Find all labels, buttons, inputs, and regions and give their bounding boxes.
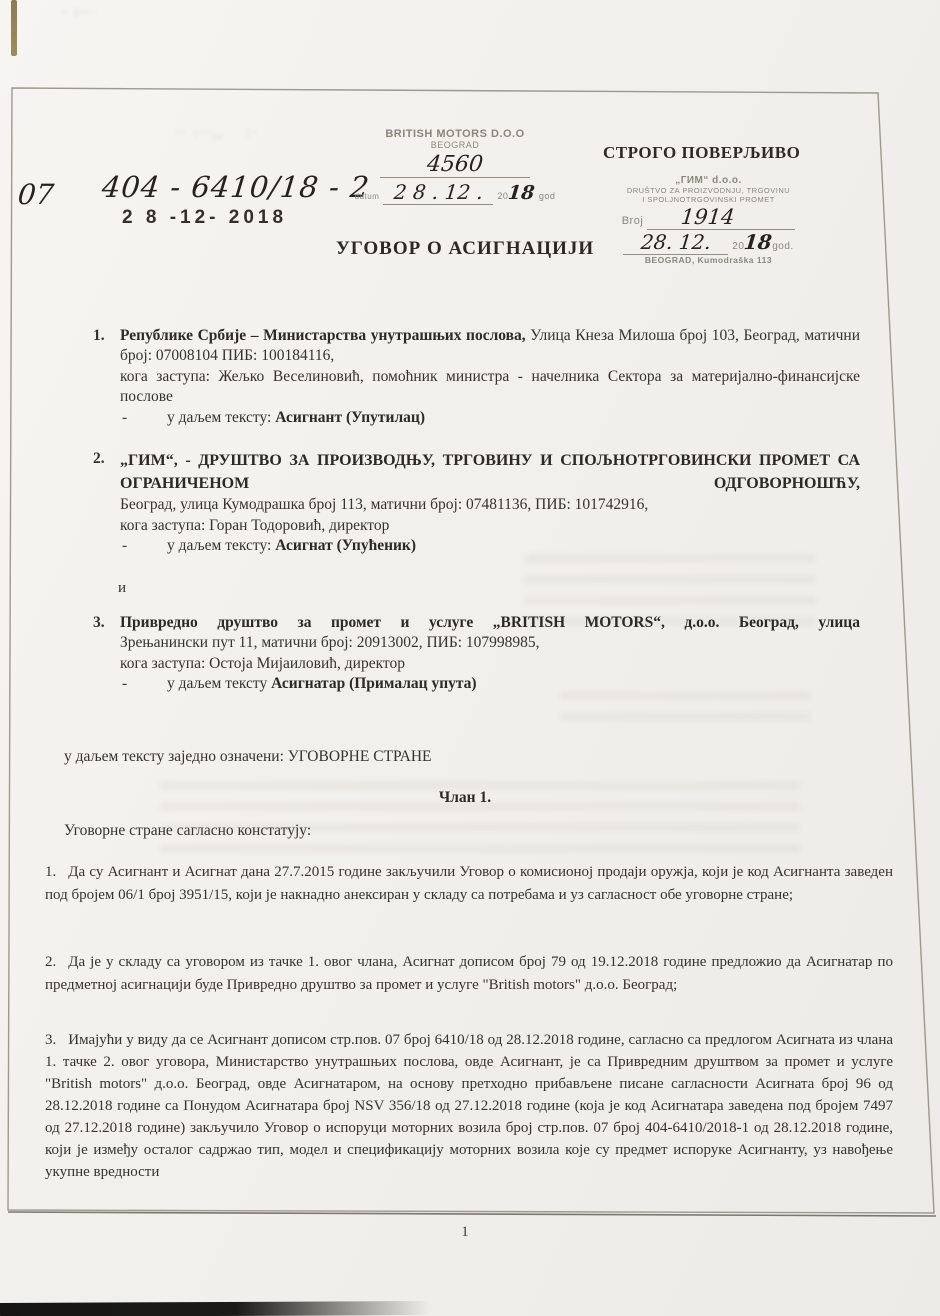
clause-3: 3.Имајући у виду да се Асигнант дописом …	[45, 1029, 893, 1183]
gim-stamp-activity2: I SPOLJNOTRGOVINSKI PROMET	[596, 195, 821, 204]
bm-stamp-year: 18	[507, 182, 536, 204]
party-representative: кога заступа: Горан Тодоровић, директор	[120, 516, 860, 536]
page-number: 1	[10, 1224, 920, 1241]
bm-stamp-date-label: datum	[355, 192, 380, 201]
party-representative: кога заступа: Остоја Мијаиловић, директо…	[120, 654, 860, 674]
party-address-line: Зрењанински пут 11, матични број: 209130…	[120, 633, 860, 653]
party-item-1: 1. Републике Србије – Министарства унутр…	[120, 326, 860, 428]
handwritten-org-unit: 07	[16, 178, 55, 211]
party-number: 1.	[93, 326, 105, 346]
party-alias: - у даљем тексту: Асигнант (Упутилац)	[120, 408, 860, 428]
bm-stamp-number: 4560	[426, 152, 485, 177]
gim-stamp-number: 1914	[679, 205, 735, 229]
bm-stamp-city: BEOGRAD	[330, 140, 580, 150]
joint-designation: у даљем тексту заједно означени: УГОВОРН…	[64, 748, 432, 766]
scan-bottom-edge	[0, 1301, 430, 1316]
gim-stamp-company: „ГИМ“ d.o.o.	[596, 175, 821, 186]
article-intro: Уговорне стране сагласно констатују:	[64, 822, 311, 840]
gim-stamp-activity1: DRUŠTVO ZA PROIZVODNJU, TRGOVINU	[596, 186, 821, 195]
scanned-contract-page: { "meta": { "ink_color": "#36322c", "sta…	[0, 0, 940, 1316]
article-heading: Члан 1.	[10, 789, 920, 807]
scan-smudge-pencil: ·· :··,, :·	[175, 126, 259, 142]
clause-2: 2.Да је у складу са уговором из тачке 1.…	[45, 951, 893, 996]
party-number: 2.	[93, 449, 105, 469]
bm-stamp-year-suffix: god	[539, 191, 556, 201]
party-alias: - у даљем тексту Асигнатар (Прималац упу…	[120, 674, 860, 694]
connector-and: и	[118, 580, 126, 597]
document-title: УГОВОР О АСИГНАЦИЈИ	[10, 238, 920, 260]
party-item-2: 2. „ГИМ“, - ДРУШТВО ЗА ПРОИЗВОДЊУ, ТРГОВ…	[120, 449, 860, 557]
party-name-line: „ГИМ“, - ДРУШТВО ЗА ПРОИЗВОДЊУ, ТРГОВИНУ…	[120, 449, 860, 495]
classification-marking: СТРОГО ПОВЕРЉИВО	[603, 143, 800, 163]
bleed-through-ghost	[560, 692, 810, 728]
mup-date-stamp: 2 8 -12- 2018	[122, 207, 287, 229]
party-name-line: Републике Србије – Министарства унутрашњ…	[120, 326, 860, 367]
party-alias: - у даљем тексту: Асигнат (Упућеник)	[120, 536, 860, 556]
bm-stamp-company: BRITISH MOTORS D.O.O	[330, 128, 580, 140]
gim-stamp-number-label: Broj	[622, 215, 644, 227]
british-motors-receipt-stamp: BRITISH MOTORS D.O.O BEOGRAD 4560 datum …	[330, 128, 580, 205]
scan-edge-artifact	[11, 0, 17, 56]
bm-stamp-date: 2 8 . 12 .	[393, 180, 485, 204]
party-address-line: Београд, улица Кумодрашка број 113, мати…	[120, 495, 860, 515]
scan-smudge-top: ~ (—·	[62, 6, 99, 18]
party-number: 3.	[93, 613, 105, 633]
party-representative: кога заступа: Жељко Веселиновић, помоћни…	[120, 367, 860, 408]
party-name-line: Привредно друштво за промет и услуге „BR…	[120, 613, 860, 633]
clause-1: 1.Да су Асигнант и Асигнат дана 27.7.201…	[45, 861, 893, 906]
party-item-3: 3. Привредно друштво за промет и услуге …	[120, 613, 860, 695]
